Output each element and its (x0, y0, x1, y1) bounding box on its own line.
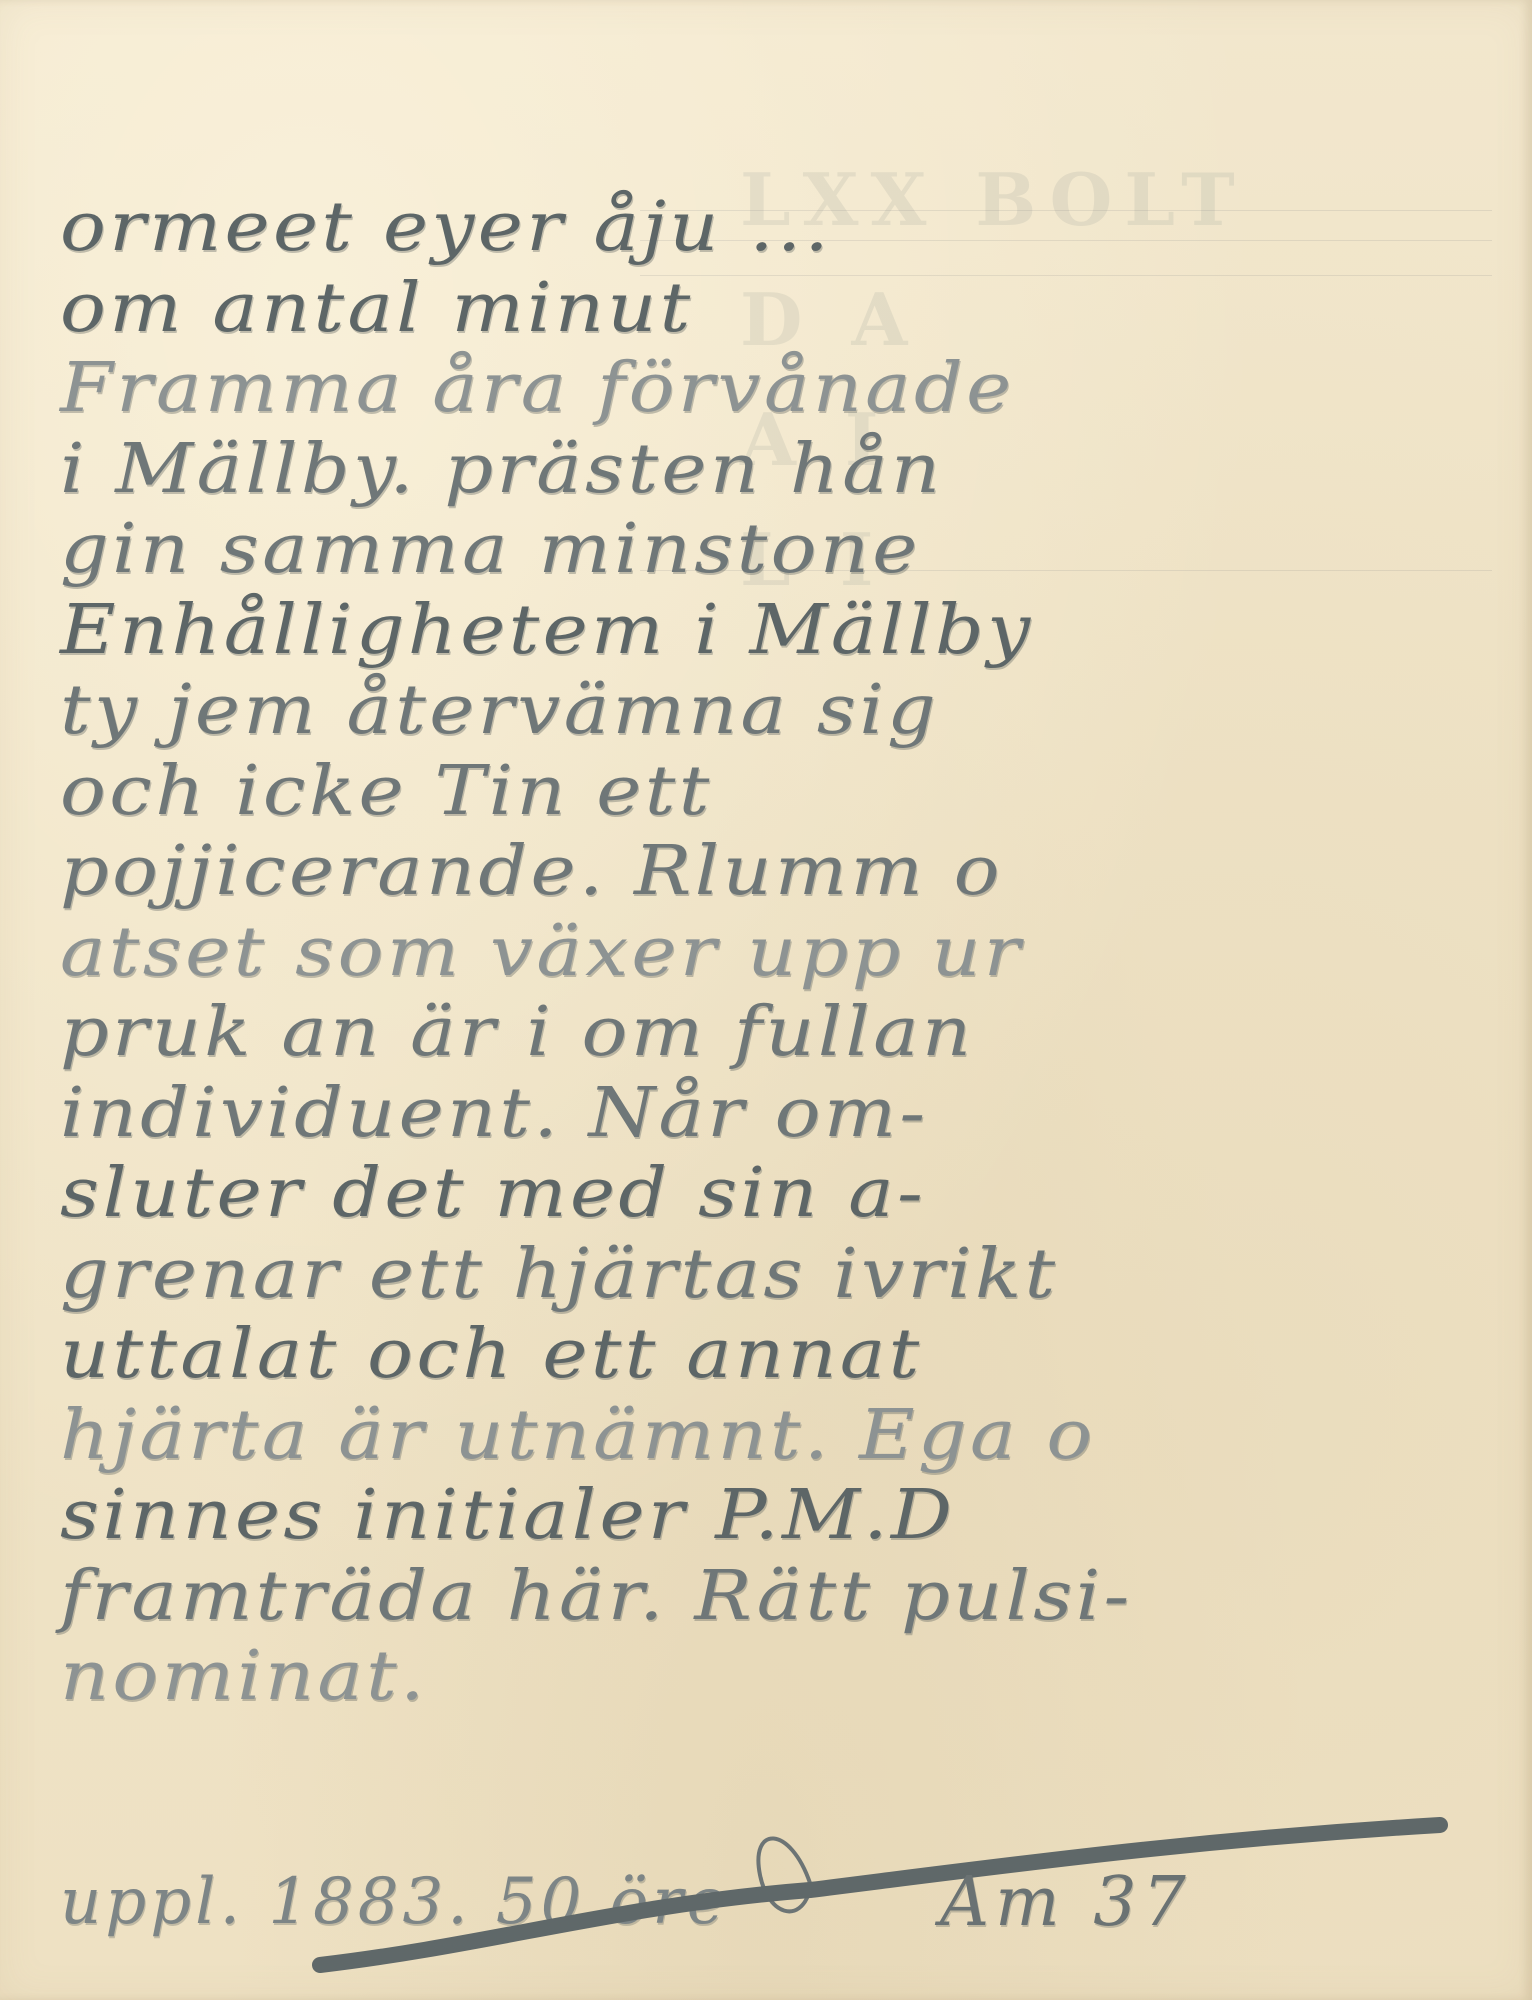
manuscript-line: gin samma minstone (60, 510, 1532, 591)
manuscript-page: LXX BOLT D A A I L I ormeet eyer åju ...… (0, 0, 1532, 2000)
closing-line: uppl. 1883. 50 öre Am 37 (60, 1855, 1500, 1965)
signature: Am 37 (940, 1863, 1192, 1942)
manuscript-line: ty jem återvämna sig (60, 671, 1532, 752)
manuscript-line: hjärta är utnämnt. Ega o (60, 1396, 1532, 1477)
manuscript-line: grenar ett hjärtas ivrikt (60, 1235, 1532, 1316)
manuscript-line: framträda här. Rätt pulsi- (60, 1557, 1532, 1638)
manuscript-line: om antal minut (60, 269, 1532, 350)
handwritten-body: ormeet eyer åju ... om antal minut Framm… (60, 188, 1500, 1718)
signature-flourish-icon (290, 1795, 1470, 1995)
manuscript-line: pruk an är i om fullan (60, 993, 1532, 1074)
manuscript-line: uttalat och ett annat (60, 1315, 1532, 1396)
manuscript-line: ormeet eyer åju ... (60, 188, 1532, 269)
manuscript-line: atset som växer upp ur (60, 913, 1532, 994)
manuscript-line: nominat. (60, 1637, 1532, 1718)
manuscript-line: i Mällby. prästen hån (60, 430, 1532, 511)
manuscript-line: sluter det med sin a- (60, 1154, 1532, 1235)
manuscript-line: sinnes initialer P.M.D (60, 1476, 1532, 1557)
manuscript-line: Framma åra förvånade (60, 349, 1532, 430)
manuscript-line: Enhållighetem i Mällby (60, 591, 1532, 672)
manuscript-line: och icke Tin ett (60, 752, 1532, 833)
manuscript-line: individuent. Når om- (60, 1074, 1532, 1155)
manuscript-line: pojjicerande. Rlumm o (60, 832, 1532, 913)
